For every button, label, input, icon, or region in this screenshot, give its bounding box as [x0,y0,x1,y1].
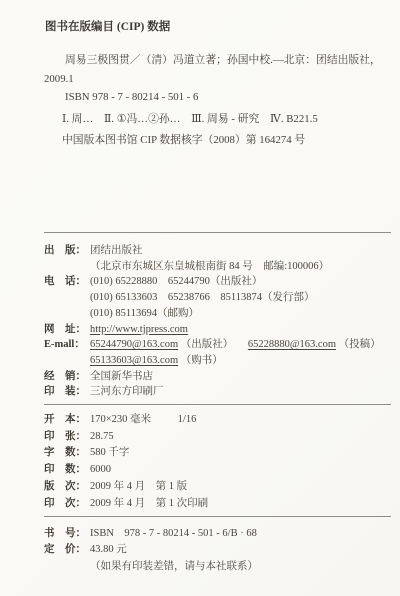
distribution-label: 经 销： [44,369,90,385]
format-fraction: 1/16 [178,414,197,425]
publication-info-block: 出 版： 团结出版社 （北京市东城区东皇城根南街 84 号 邮编:100006）… [44,243,394,400]
row-website: 网 址： http://www.tjpress.com [44,322,394,338]
row-phone-mailorder: (010) 85113694（邮购） [44,306,394,322]
divider-top [44,232,391,233]
email-submission-tag: （投稿） [339,339,381,350]
specs-info-block: 开 本： 170×230 毫米 1/16 印 张： 28.75 字 数： 580… [44,412,394,512]
price-value: 43.80 元 [90,542,394,558]
row-email: E-mall： 65244790@163.com （出版社） 65228880@… [44,337,394,353]
publisher-address: （北京市东城区东皇城根南街 84 号 邮编:100006） [90,259,394,275]
sheets-value: 28.75 [90,429,394,446]
row-email-purchase: 65133603@163.com （购书） [44,353,394,369]
row-edition: 版 次： 2009 年 4 月 第 1 版 [44,479,394,496]
printing-label: 印 装： [44,384,90,400]
email-publisher: 65244790@163.com [90,339,178,350]
book-number-value: ISBN 978 - 7 - 80214 - 501 - 6/B · 68 [90,526,394,542]
impression-value: 2009 年 4 月 第 1 次印刷 [90,496,394,513]
row-printing: 印 装： 三河东方印刷厂 [44,384,394,400]
row-sheets: 印 张： 28.75 [44,429,394,446]
publisher-label: 出 版： [44,243,90,259]
sale-info-block: 书 号： ISBN 978 - 7 - 80214 - 501 - 6/B · … [44,526,394,575]
distribution-value: 全国新华书店 [90,369,394,385]
website-url: http://www.tjpress.com [90,324,188,335]
empty-label [44,559,90,575]
empty-label [44,353,90,369]
row-phone-distribution: (010) 65133603 65238766 85113874（发行部） [44,290,394,306]
email-submission: 65228880@163.com [248,339,336,350]
printing-value: 三河东方印刷厂 [90,384,394,400]
email-publisher-tag: （出版社） [181,339,234,350]
empty-label [44,290,90,306]
email-label: E-mall： [44,337,90,353]
row-print-run: 印 数： 6000 [44,462,394,479]
empty-label [44,306,90,322]
row-book-number: 书 号： ISBN 978 - 7 - 80214 - 501 - 6/B · … [44,526,394,542]
book-number-label: 书 号： [44,526,90,542]
word-count-value: 580 千字 [90,445,394,462]
publisher-value: 团结出版社 [90,243,394,259]
cip-title-line: 周易三极图贯／（清）冯道立著；孙国中校.—北京：团结出版社， [44,51,392,70]
email-purchase: 65133603@163.com [90,355,178,366]
phone-publisher-numbers: (010) 65228880 65244790（出版社） [90,274,394,290]
word-count-label: 字 数： [44,445,90,462]
row-phone: 电 话： (010) 65228880 65244790（出版社） [44,274,394,290]
cip-heading: 图书在版编目 (CIP) 数据 [45,18,170,34]
row-format: 开 本： 170×230 毫米 1/16 [44,412,394,429]
print-run-value: 6000 [90,462,394,479]
print-run-label: 印 数： [44,462,90,479]
phone-mailorder-number: (010) 85113694（邮购） [90,306,394,322]
cip-isbn-line: ISBN 978 - 7 - 80214 - 501 - 6 [44,88,392,107]
cip-classification-line: Ⅰ. 周… Ⅱ. ①冯…②孙… Ⅲ. 周易 - 研究 Ⅳ. B221.5 [44,110,392,129]
impression-label: 印 次： [44,496,90,513]
format-label: 开 本： [44,412,90,429]
row-price-note: （如果有印装差错，请与本社联系） [44,559,394,575]
row-impression: 印 次： 2009 年 4 月 第 1 次印刷 [44,496,394,513]
row-distribution: 经 销： 全国新华书店 [44,369,394,385]
row-publisher-address: （北京市东城区东皇城根南街 84 号 邮编:100006） [44,259,394,275]
row-price: 定 价： 43.80 元 [44,542,394,558]
row-publisher: 出 版： 团结出版社 [44,243,394,259]
phone-distribution-numbers: (010) 65133603 65238766 85113874（发行部） [90,290,394,306]
sheets-label: 印 张： [44,429,90,446]
cip-record-line: 中国版本图书馆 CIP 数据核字（2008）第 164274 号 [44,131,392,150]
website-label: 网 址： [44,322,90,338]
format-size: 170×230 毫米 [90,414,151,425]
price-label: 定 价： [44,542,90,558]
divider-middle [44,404,391,405]
cip-data-block: 周易三极图贯／（清）冯道立著；孙国中校.—北京：团结出版社， 2009.1 IS… [44,51,392,150]
divider-bottom [44,516,391,517]
book-copyright-page: 图书在版编目 (CIP) 数据 周易三极图贯／（清）冯道立著；孙国中校.—北京：… [0,0,400,596]
edition-label: 版 次： [44,479,90,496]
edition-value: 2009 年 4 月 第 1 版 [90,479,394,496]
empty-label [44,259,90,275]
cip-year-line: 2009.1 [44,70,392,89]
price-note: （如果有印装差错，请与本社联系） [90,559,394,575]
phone-label: 电 话： [44,274,90,290]
row-word-count: 字 数： 580 千字 [44,445,394,462]
email-purchase-tag: （购书） [181,355,223,366]
